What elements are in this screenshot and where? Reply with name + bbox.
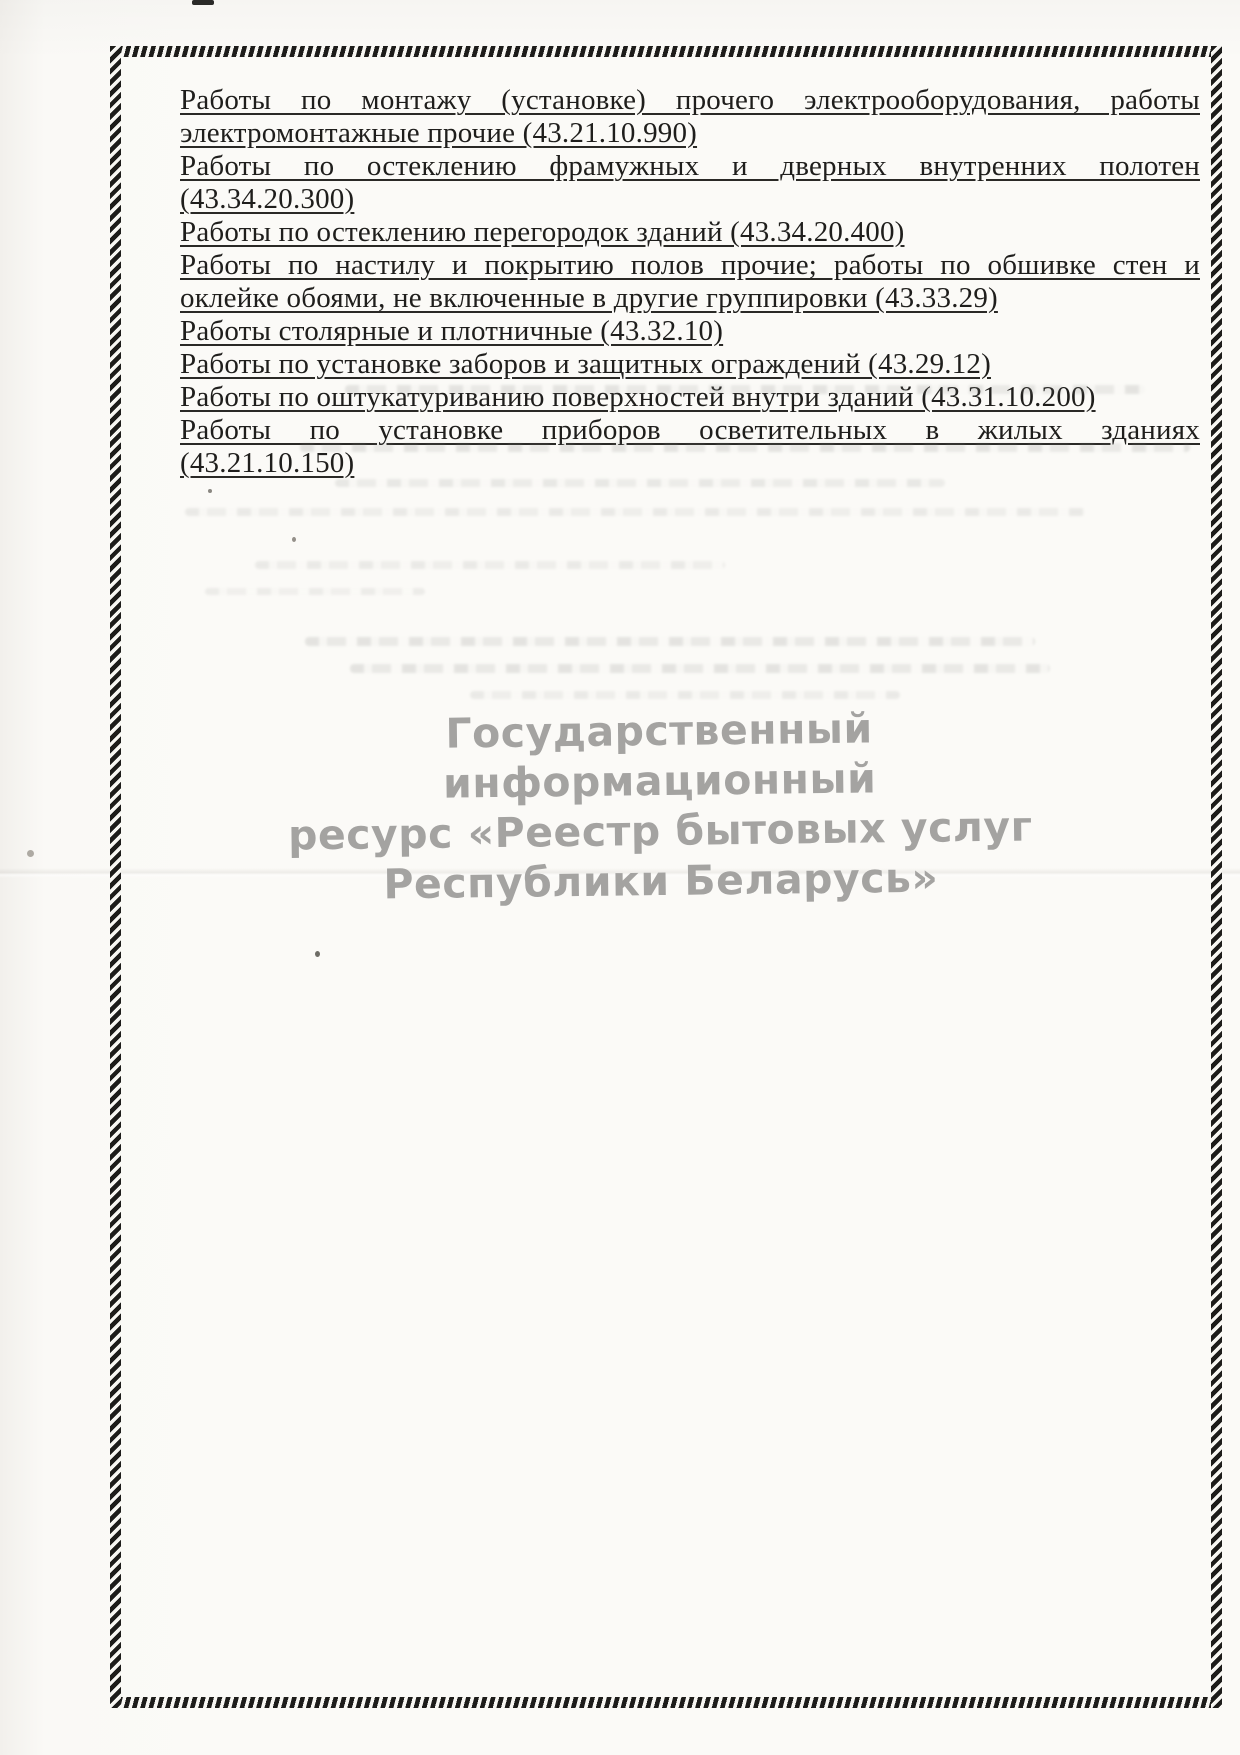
service-item: Работы по остеклению перегородок зданий … — [180, 216, 1200, 249]
document-line: Работы по монтажу (установке) прочего эл… — [180, 84, 1200, 117]
watermark-text: Государственный информационныйресурс «Ре… — [254, 701, 1066, 911]
document-line: оклейке обоями, не включенные в другие г… — [180, 282, 1200, 315]
service-item: Работы по настилу и покрытию полов прочи… — [180, 249, 1200, 315]
bleedthrough-line — [335, 479, 945, 487]
document-line: Работы по настилу и покрытию полов прочи… — [180, 249, 1200, 282]
scan-speck — [292, 537, 296, 542]
border-bottom-band — [110, 1697, 1222, 1708]
bleedthrough-line — [300, 443, 1190, 452]
scan-speck — [315, 951, 320, 957]
document-line: Работы по остеклению фрамужных и дверных… — [180, 150, 1200, 183]
bleedthrough-line — [305, 637, 1035, 646]
service-item: Работы столярные и плотничные (43.32.10) — [180, 315, 1200, 348]
service-list: Работы по монтажу (установке) прочего эл… — [180, 84, 1200, 480]
border-top-band — [110, 46, 1222, 57]
border-right-band — [1211, 46, 1222, 1708]
border-left-band — [110, 46, 121, 1708]
service-item: Работы по монтажу (установке) прочего эл… — [180, 84, 1200, 150]
service-item: Работы по остеклению фрамужных и дверных… — [180, 150, 1200, 216]
bleedthrough-line — [470, 691, 900, 699]
document-line: Работы по остеклению перегородок зданий … — [180, 216, 1200, 249]
watermark-line: Государственный информационный — [254, 701, 1065, 811]
document-line: электромонтажные прочие (43.21.10.990) — [180, 117, 1200, 150]
bleedthrough-line — [255, 561, 725, 569]
scan-speck — [192, 0, 214, 5]
service-item: Работы по установке заборов и защитных о… — [180, 348, 1200, 381]
document-line: Работы по установке заборов и защитных о… — [180, 348, 1200, 381]
watermark-line: Республики Беларусь» — [256, 851, 1067, 911]
scanned-page: Работы по монтажу (установке) прочего эл… — [0, 0, 1240, 1755]
scan-speck — [27, 850, 34, 857]
document-line: Работы столярные и плотничные (43.32.10) — [180, 315, 1200, 348]
bleedthrough-line — [350, 664, 1050, 673]
watermark-line: ресурс «Реестр бытовых услуг — [255, 801, 1066, 861]
bleedthrough-line — [185, 508, 1085, 516]
bleedthrough-line — [345, 385, 1145, 394]
document-line: (43.34.20.300) — [180, 183, 1200, 216]
scan-speck — [208, 489, 212, 493]
bleedthrough-line — [205, 588, 425, 595]
